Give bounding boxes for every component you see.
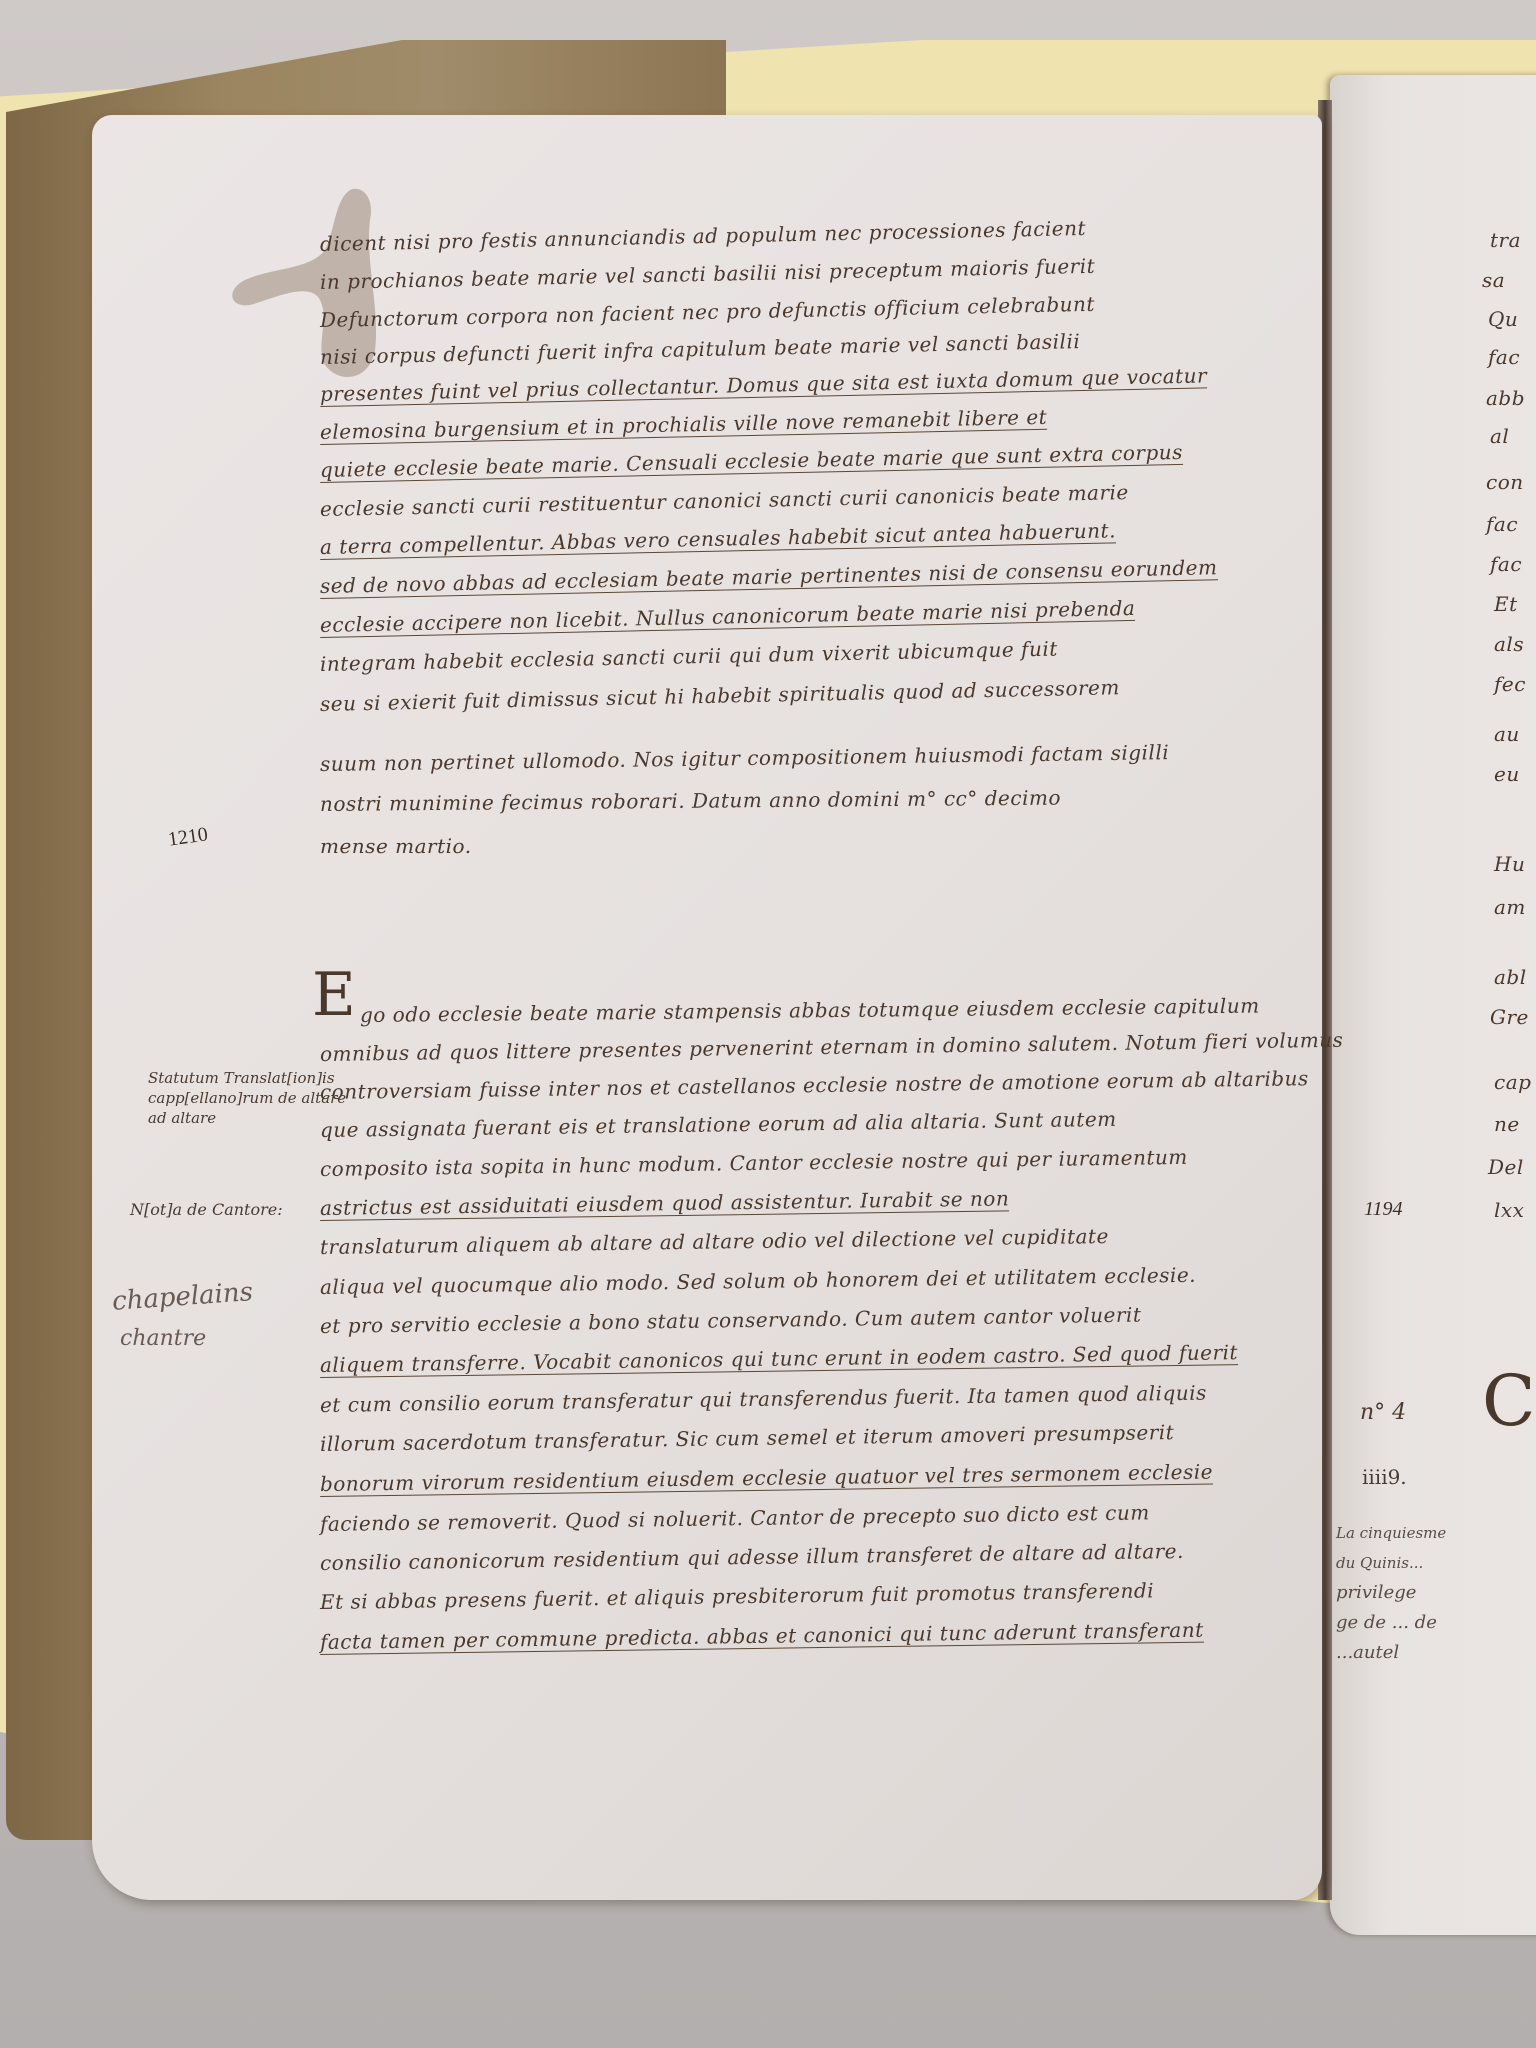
text-line: cap [1494,1070,1531,1094]
statute-line-3: ad altare [148,1108,346,1128]
text-line: Gre [1490,1005,1529,1029]
text-line: abl [1494,965,1527,989]
decorated-initial-right: C [1482,1360,1536,1442]
french-note-line: ge de ... de [1336,1608,1446,1638]
text-line: al [1490,424,1509,448]
text-line: fac [1490,552,1522,576]
text-line: Qu [1488,307,1518,331]
text-line: Hu [1494,852,1525,876]
text-line: eu [1494,762,1520,786]
text-line: als [1494,632,1524,656]
text-line: fac [1486,512,1518,536]
french-note-line: La cinquiesme [1336,1518,1446,1548]
text-line: lxx [1494,1198,1524,1222]
french-note-line: privilege [1336,1578,1446,1608]
text-line: Et [1494,592,1518,616]
statute-line-2: capp[ellano]rum de altare [148,1088,346,1108]
margin-note-cantor: N[ot]a de Cantore: [130,1200,283,1219]
margin-note-statute: Statutum Translat[ion]is capp[ellano]rum… [148,1068,346,1128]
margin-ref-mark: n° 4 [1360,1400,1406,1425]
text-line: mense martio. [320,834,472,858]
text-line: Del [1488,1155,1524,1179]
margin-number: iiii9. [1362,1465,1407,1489]
margin-year-1194: 1194 [1364,1198,1403,1221]
french-note-line: du Quinis... [1336,1548,1446,1578]
french-note-line: ...autel [1336,1638,1446,1668]
margin-note-chantre: chantre [120,1326,206,1351]
text-line: fec [1494,672,1526,696]
text-line: ne [1494,1112,1520,1136]
decorated-initial: E [312,960,356,1030]
statute-line-1: Statutum Translat[ion]is [148,1068,346,1088]
text-line: abb [1486,386,1525,410]
text-line: am [1494,895,1526,919]
margin-notes-french: La cinquiesme du Quinis... privilege ge … [1336,1518,1446,1668]
text-line: tra [1490,228,1521,252]
text-line: sa [1482,268,1505,292]
text-line: fac [1488,345,1520,369]
text-line: au [1494,722,1520,746]
text-line: con [1486,470,1524,494]
